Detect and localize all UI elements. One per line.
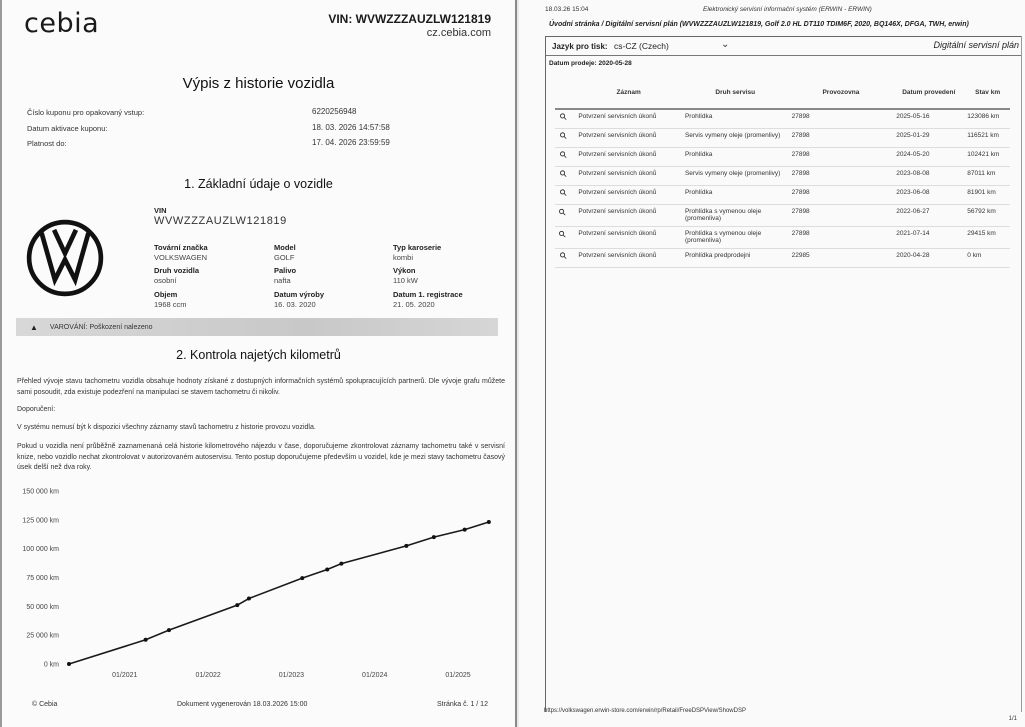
cell-date: 2021-07-14 bbox=[893, 226, 964, 248]
table-row[interactable]: ⚲Potvrzení servisních úkonůProhlídka2789… bbox=[555, 185, 1010, 204]
mileage-point bbox=[167, 628, 171, 632]
warning-triangle-icon: ▲ bbox=[30, 323, 38, 332]
coupon-validity-value: 17. 04. 2026 23:59:59 bbox=[312, 138, 390, 147]
cell-service-type: Prohlídka s vymenou oleje (promenliva) bbox=[682, 226, 789, 248]
cell-record: Potvrzení servisních úkonů bbox=[575, 147, 682, 166]
y-tick-label: 0 km bbox=[44, 662, 59, 669]
recommendation-label: Doporučení: bbox=[17, 405, 505, 416]
attr-manufacture-date: Datum výroby16. 03. 2020 bbox=[274, 290, 324, 309]
vin-label: VIN bbox=[154, 206, 167, 215]
mileage-point bbox=[325, 568, 329, 572]
cell-service-type: Prohlídka bbox=[682, 109, 789, 128]
x-tick-label: 01/2021 bbox=[112, 672, 137, 679]
cell-mileage: 116521 km bbox=[964, 128, 1010, 147]
coupon-activation-value: 18. 03. 2026 14:57:58 bbox=[312, 123, 390, 132]
table-row[interactable]: ⚲Potvrzení servisních úkonůProhlídka s v… bbox=[555, 204, 1010, 226]
y-tick-label: 50 000 km bbox=[26, 604, 59, 611]
cell-workshop: 27898 bbox=[789, 185, 894, 204]
table-row[interactable]: ⚲Potvrzení servisních úkonůProhlídka s v… bbox=[555, 226, 1010, 248]
damage-warning-banner: ▲ VAROVÁNÍ: Poškození nalezeno bbox=[16, 318, 498, 336]
attr-body-type: Typ karoseriekombi bbox=[393, 243, 441, 262]
service-records-table: Záznam Druh servisu Provozovna Datum pro… bbox=[555, 83, 1010, 268]
attr-label: Palivo bbox=[274, 266, 296, 275]
mileage-point bbox=[300, 576, 304, 580]
cell-workshop: 27898 bbox=[789, 128, 894, 147]
cell-service-type: Servis vymeny oleje (promenlivy) bbox=[682, 128, 789, 147]
table-row[interactable]: ⚲Potvrzení servisních úkonůProhlídka2789… bbox=[555, 109, 1010, 128]
column-header-record: Záznam bbox=[575, 83, 682, 109]
cell-date: 2023-06-08 bbox=[893, 185, 964, 204]
recommendation-text-2: Pokud u vozidla není průběžně zaznamenan… bbox=[17, 442, 505, 474]
section-mileage-title: 2. Kontrola najetých kilometrů bbox=[2, 348, 515, 362]
cell-record: Potvrzení servisních úkonů bbox=[575, 109, 682, 128]
attr-label: Datum výroby bbox=[274, 290, 324, 299]
vin-value: WVWZZZAUZLW121819 bbox=[154, 215, 287, 227]
table-row[interactable]: ⚲Potvrzení servisních úkonůProhlídka pre… bbox=[555, 248, 1010, 267]
attr-value: kombi bbox=[393, 253, 441, 262]
cell-mileage: 56792 km bbox=[964, 204, 1010, 226]
cell-record: Potvrzení servisních úkonů bbox=[575, 226, 682, 248]
attr-vehicle-kind: Druh vozidlaosobní bbox=[154, 266, 199, 285]
attr-label: Datum 1. registrace bbox=[393, 290, 463, 299]
mileage-point bbox=[235, 603, 239, 607]
print-language-select[interactable]: cs-CZ (Czech) bbox=[614, 41, 669, 51]
mileage-point bbox=[144, 638, 148, 642]
y-tick-label: 150 000 km bbox=[22, 489, 59, 496]
header-vin-block: VIN: WVWZZZAUZLW121819 cz.cebia.com bbox=[328, 12, 491, 39]
table-row[interactable]: ⚲Potvrzení servisních úkonůServis vymeny… bbox=[555, 128, 1010, 147]
attr-value: 16. 03. 2020 bbox=[274, 300, 324, 309]
cell-date: 2020-04-28 bbox=[893, 248, 964, 267]
mileage-line bbox=[69, 522, 489, 664]
cebia-logo: cebia bbox=[24, 8, 99, 39]
cell-mileage: 81901 km bbox=[964, 185, 1010, 204]
attr-value: 1968 ccm bbox=[154, 300, 187, 309]
column-header-mileage: Stav km bbox=[964, 83, 1010, 109]
cell-workshop: 27898 bbox=[789, 226, 894, 248]
attr-value: 21. 05. 2020 bbox=[393, 300, 463, 309]
erwin-service-plan-page: 18.03.26 15:04 Elektronický servisní inf… bbox=[519, 0, 1025, 727]
chevron-down-icon[interactable]: ⌄ bbox=[721, 39, 729, 50]
attr-label: Typ karoserie bbox=[393, 243, 441, 252]
attr-value: 110 kW bbox=[393, 276, 418, 285]
x-tick-label: 01/2022 bbox=[195, 672, 220, 679]
system-title: Elektronický servisní informační systém … bbox=[703, 6, 872, 13]
cell-service-type: Prohlídka s vymenou oleje (promenliva) bbox=[682, 204, 789, 226]
print-language-label: Jazyk pro tisk: bbox=[552, 42, 608, 51]
attr-label: Druh vozidla bbox=[154, 266, 199, 275]
recommendation-text-1: V systému nemusí být k dispozici všechny… bbox=[17, 423, 505, 434]
section-basic-data-title: 1. Základní údaje o vozidle bbox=[2, 177, 515, 191]
cell-workshop: 27898 bbox=[789, 204, 894, 226]
cell-record: Potvrzení servisních úkonů bbox=[575, 248, 682, 267]
cell-mileage: 29415 km bbox=[964, 226, 1010, 248]
document-title: Výpis z historie vozidla bbox=[2, 75, 515, 92]
mileage-point bbox=[404, 544, 408, 548]
sale-date: Datum prodeje: 2020-05-28 bbox=[549, 60, 632, 67]
x-tick-label: 01/2024 bbox=[362, 672, 387, 679]
panel-title: Digitální servisní plán bbox=[933, 40, 1019, 50]
attr-value: nafta bbox=[274, 276, 296, 285]
x-tick-label: 01/2023 bbox=[279, 672, 304, 679]
cell-mileage: 123086 km bbox=[964, 109, 1010, 128]
cell-record: Potvrzení servisních úkonů bbox=[575, 204, 682, 226]
cell-date: 2023-08-08 bbox=[893, 166, 964, 185]
y-tick-label: 125 000 km bbox=[22, 517, 59, 524]
cell-service-type: Prohlídka predprodejni bbox=[682, 248, 789, 267]
table-header-row: Záznam Druh servisu Provozovna Datum pro… bbox=[555, 83, 1010, 109]
page-counter: 1/1 bbox=[1009, 716, 1017, 722]
y-tick-label: 100 000 km bbox=[22, 546, 59, 553]
service-plan-panel: Jazyk pro tisk: cs-CZ (Czech) ⌄ Digitáln… bbox=[545, 36, 1021, 712]
header-site: cz.cebia.com bbox=[328, 27, 491, 39]
mileage-point bbox=[339, 562, 343, 566]
attr-label: Objem bbox=[154, 290, 187, 299]
cell-service-type: Servis vymeny oleje (promenlivy) bbox=[682, 166, 789, 185]
attr-first-registration: Datum 1. registrace21. 05. 2020 bbox=[393, 290, 463, 309]
page-url: https://volkswagen.erwin-store.com/erwin… bbox=[544, 708, 746, 714]
cell-date: 2025-05-16 bbox=[893, 109, 964, 128]
table-row[interactable]: ⚲Potvrzení servisních úkonůServis vymeny… bbox=[555, 166, 1010, 185]
cell-mileage: 102421 km bbox=[964, 147, 1010, 166]
attr-model: ModelGOLF bbox=[274, 243, 296, 262]
mileage-point bbox=[247, 596, 251, 600]
attr-label: Model bbox=[274, 243, 296, 252]
panel-toolbar: Jazyk pro tisk: cs-CZ (Czech) ⌄ Digitáln… bbox=[546, 37, 1021, 56]
attr-value: GOLF bbox=[274, 253, 296, 262]
attr-label: Tovární značka bbox=[154, 243, 208, 252]
coupon-validity-label: Platnost do: bbox=[27, 139, 67, 148]
cell-service-type: Prohlídka bbox=[682, 185, 789, 204]
warning-text: VAROVÁNÍ: Poškození nalezeno bbox=[50, 324, 153, 331]
attr-fuel: Palivonafta bbox=[274, 266, 296, 285]
cell-workshop: 27898 bbox=[789, 166, 894, 185]
cell-mileage: 0 km bbox=[964, 248, 1010, 267]
column-header-date: Datum provedení bbox=[893, 83, 964, 109]
breadcrumb: Úvodní stránka / Digitální servisní plán… bbox=[549, 21, 969, 28]
cell-workshop: 27898 bbox=[789, 147, 894, 166]
cell-service-type: Prohlídka bbox=[682, 147, 789, 166]
footer-page-number: Stránka č. 1 / 12 bbox=[437, 701, 488, 708]
footer-generated: Dokument vygenerován 18.03.2026 15:00 bbox=[177, 701, 307, 708]
cell-workshop: 27898 bbox=[789, 109, 894, 128]
coupon-number-value: 6220256948 bbox=[312, 107, 357, 116]
print-timestamp: 18.03.26 15:04 bbox=[545, 6, 588, 13]
attr-label: Výkon bbox=[393, 266, 418, 275]
footer-copyright: © Cebia bbox=[32, 701, 57, 708]
mileage-point bbox=[432, 535, 436, 539]
mileage-point bbox=[487, 520, 491, 524]
x-tick-label: 01/2025 bbox=[445, 672, 470, 679]
cell-record: Potvrzení servisních úkonů bbox=[575, 166, 682, 185]
panel-right-border bbox=[1021, 36, 1022, 712]
y-tick-label: 25 000 km bbox=[26, 633, 59, 640]
cebia-report-page: cebia VIN: WVWZZZAUZLW121819 cz.cebia.co… bbox=[0, 0, 517, 727]
attr-displacement: Objem1968 ccm bbox=[154, 290, 187, 309]
attr-value: VOLKSWAGEN bbox=[154, 253, 208, 262]
cell-mileage: 87011 km bbox=[964, 166, 1010, 185]
y-tick-label: 75 000 km bbox=[26, 575, 59, 582]
cell-workshop: 22985 bbox=[789, 248, 894, 267]
cell-date: 2024-05-20 bbox=[893, 147, 964, 166]
attr-value: osobní bbox=[154, 276, 199, 285]
attr-power: Výkon110 kW bbox=[393, 266, 418, 285]
coupon-activation-label: Datum aktivace kuponu: bbox=[27, 124, 107, 133]
mileage-intro-text: Přehled vývoje stavu tachometru vozidla … bbox=[17, 377, 505, 398]
column-header-service-type: Druh servisu bbox=[682, 83, 789, 109]
cell-date: 2025-01-29 bbox=[893, 128, 964, 147]
header-vin: VIN: WVWZZZAUZLW121819 bbox=[328, 12, 491, 26]
volkswagen-logo-icon bbox=[26, 219, 104, 297]
mileage-point bbox=[463, 528, 467, 532]
cell-date: 2022-06-27 bbox=[893, 204, 964, 226]
table-row[interactable]: ⚲Potvrzení servisních úkonůProhlídka2789… bbox=[555, 147, 1010, 166]
cell-record: Potvrzení servisních úkonů bbox=[575, 185, 682, 204]
cell-record: Potvrzení servisních úkonů bbox=[575, 128, 682, 147]
coupon-number-label: Číslo kuponu pro opakovaný vstup: bbox=[27, 108, 144, 117]
mileage-point bbox=[67, 662, 71, 666]
column-header-workshop: Provozovna bbox=[789, 83, 894, 109]
attr-make: Tovární značkaVOLKSWAGEN bbox=[154, 243, 208, 262]
mileage-chart: 0 km25 000 km50 000 km75 000 km100 000 k… bbox=[2, 480, 514, 680]
